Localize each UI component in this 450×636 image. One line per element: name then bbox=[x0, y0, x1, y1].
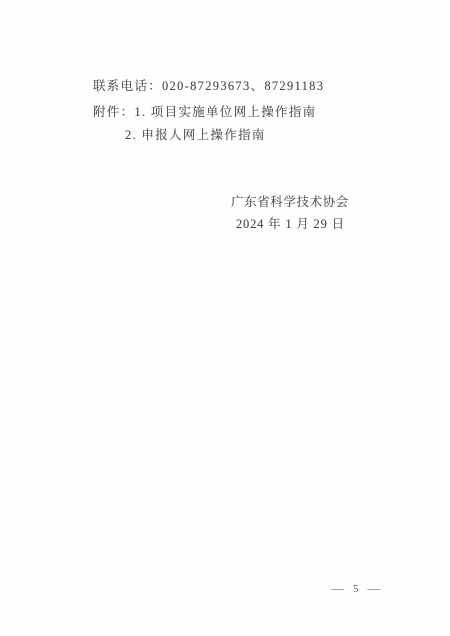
signature-date: 2024 年 1 月 29 日 bbox=[236, 217, 345, 231]
contact-phone-line: 联系电话：020-87293673、87291183 bbox=[93, 79, 324, 93]
signature-organization: 广东省科学技术协会 bbox=[231, 195, 349, 209]
page-footer: — 5 — bbox=[331, 583, 381, 595]
footer-dash-left: — bbox=[331, 584, 344, 594]
attachment-line-1: 附件：1. 项目实施单位网上操作指南 bbox=[93, 105, 316, 119]
document-page: 联系电话：020-87293673、87291183 附件：1. 项目实施单位网… bbox=[0, 0, 450, 636]
footer-dash-right: — bbox=[368, 584, 381, 594]
attachment-line-2: 2. 申报人网上操作指南 bbox=[125, 128, 266, 142]
page-number: 5 bbox=[353, 583, 359, 595]
